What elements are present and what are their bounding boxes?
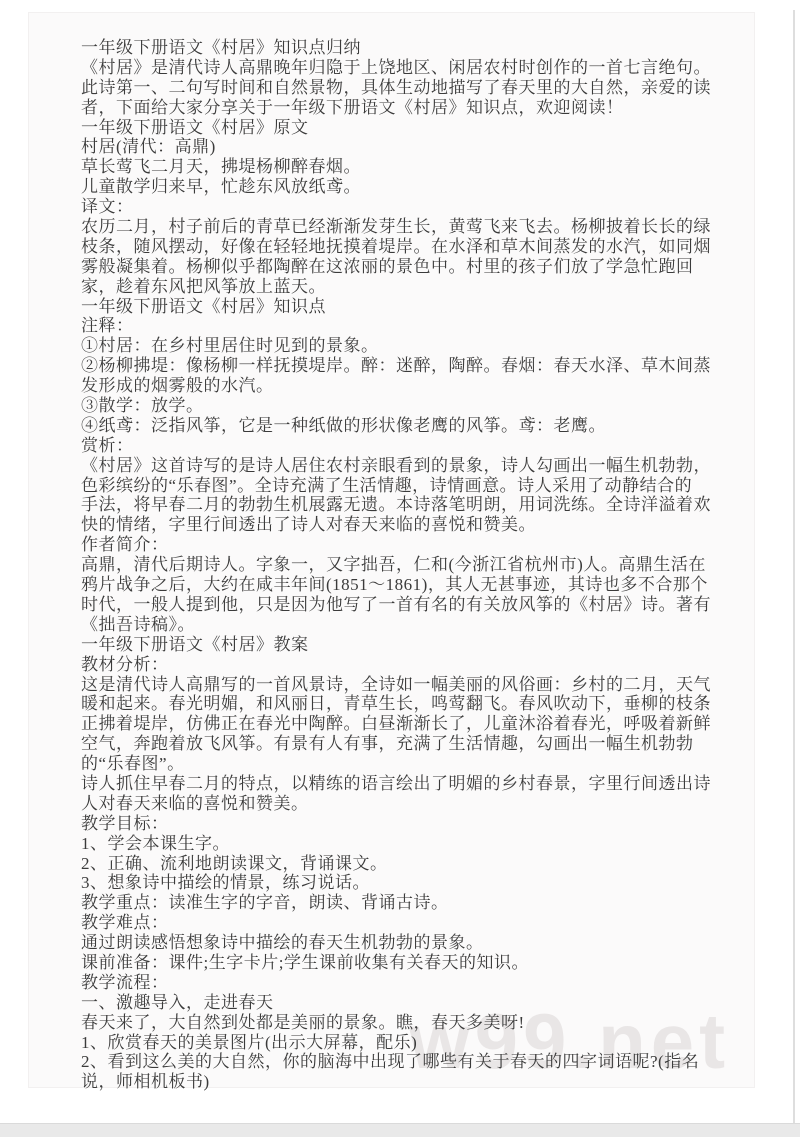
text-line: 村居(清代：高鼎)	[81, 137, 721, 157]
text-line: 这是清代诗人高鼎写的一首风景诗，全诗如一幅美丽的风俗画：乡村的二月，天气	[81, 675, 721, 695]
text-line: 1、欣赏春天的美景图片(出示大屏幕，配乐)	[81, 1033, 721, 1053]
text-line: 发形成的烟雾般的水汽。	[81, 376, 721, 396]
text-line: 人对春天来临的喜悦和赞美。	[81, 794, 721, 814]
page-viewport: w99.net 一年级下册语文《村居》知识点归纳《村居》是清代诗人高鼎晚年归隐于…	[0, 0, 800, 1137]
text-line: 1、学会本课生字。	[81, 834, 721, 854]
text-line: 译文：	[81, 197, 721, 217]
text-line: ③散学：放学。	[81, 396, 721, 416]
document-lines: 一年级下册语文《村居》知识点归纳《村居》是清代诗人高鼎晚年归隐于上饶地区、闲居农…	[81, 38, 721, 1092]
text-line: ①村居：在乡村里居住时见到的景象。	[81, 336, 721, 356]
text-line: 雾般凝集着。杨柳似乎都陶醉在这浓丽的景色中。村里的孩子们放了学急忙跑回	[81, 257, 721, 277]
document-panel: w99.net 一年级下册语文《村居》知识点归纳《村居》是清代诗人高鼎晚年归隐于…	[28, 12, 755, 1088]
text-line: 一、激趣导入，走进春天	[81, 993, 721, 1013]
text-line: 诗人抓住早春二月的特点，以精练的语言绘出了明媚的乡村春景，字里行间透出诗	[81, 774, 721, 794]
text-line: 的“乐春图”。	[81, 754, 721, 774]
text-line: 一年级下册语文《村居》知识点归纳	[81, 38, 721, 58]
text-line: 春天来了，大自然到处都是美丽的景象。瞧，春天多美呀!	[81, 1013, 721, 1033]
page-right-border	[793, 10, 795, 1123]
text-line: 教材分析：	[81, 655, 721, 675]
text-line: 家，趁着东风把风筝放上蓝天。	[81, 277, 721, 297]
text-line: ②杨柳拂堤：像杨柳一样抚摸堤岸。醉：迷醉，陶醉。春烟：春天水泽、草木间蒸	[81, 356, 721, 376]
text-line: 教学难点：	[81, 913, 721, 933]
text-line: 一年级下册语文《村居》教案	[81, 635, 721, 655]
text-line: 说，师相机板书)	[81, 1072, 721, 1092]
text-line: 教学重点：读准生字的字音，朗读、背诵古诗。	[81, 893, 721, 913]
text-line: 此诗第一、二句写时间和自然景物，具体生动地描写了春天里的大自然，亲爱的读	[81, 78, 721, 98]
text-line: 枝条，随风摆动，好像在轻轻地抚摸着堤岸。在水泽和草木间蒸发的水汽，如同烟	[81, 237, 721, 257]
text-line: 教学流程：	[81, 973, 721, 993]
text-line: 色彩缤纷的“乐春图”。全诗充满了生活情趣，诗情画意。诗人采用了动静结合的	[81, 476, 721, 496]
text-line: 2、看到这么美的大自然，你的脑海中出现了哪些有关于春天的四字词语呢?(指名	[81, 1052, 721, 1072]
text-line: 《村居》是清代诗人高鼎晚年归隐于上饶地区、闲居农村时创作的一首七言绝句。	[81, 58, 721, 78]
text-line: 手法，将早春二月的勃勃生机展露无遗。本诗落笔明朗，用词洗练。全诗洋溢着欢	[81, 495, 721, 515]
text-line: 高鼎，清代后期诗人。字象一，又字拙吾，仁和(今浙江省杭州市)人。高鼎生活在	[81, 555, 721, 575]
text-line: 赏析：	[81, 436, 721, 456]
text-line: 时代，一般人提到他，只是因为他写了一首有名的有关放风筝的《村居》诗。著有	[81, 595, 721, 615]
text-line: 一年级下册语文《村居》原文	[81, 118, 721, 138]
text-line: 农历二月，村子前后的青草已经渐渐发芽生长，黄莺飞来飞去。杨柳披着长长的绿	[81, 217, 721, 237]
text-line: 作者简介：	[81, 535, 721, 555]
page-footer-strip	[0, 1123, 800, 1137]
text-line: 鸦片战争之后，大约在咸丰年间(1851～1861)，其人无甚事迹，其诗也多不合那…	[81, 575, 721, 595]
text-line: 2、正确、流利地朗读课文，背诵课文。	[81, 854, 721, 874]
text-line: 教学目标：	[81, 814, 721, 834]
text-line: 空气，奔跑着放飞风筝。有景有人有事，充满了生活情趣，勾画出一幅生机勃勃	[81, 734, 721, 754]
text-line: 快的情绪，字里行间透出了诗人对春天来临的喜悦和赞美。	[81, 515, 721, 535]
text-line: 草长莺飞二月天，拂堤杨柳醉春烟。	[81, 157, 721, 177]
text-line: 3、想象诗中描绘的情景，练习说话。	[81, 873, 721, 893]
text-line: 暖和起来。春光明媚，和风丽日，青草生长，鸣莺翻飞。春风吹动下，垂柳的枝条	[81, 694, 721, 714]
text-line: 课前准备：课件;生字卡片;学生课前收集有关春天的知识。	[81, 953, 721, 973]
text-line: 通过朗读感悟想象诗中描绘的春天生机勃勃的景象。	[81, 933, 721, 953]
text-line: 《拙吾诗稿》。	[81, 615, 721, 635]
text-line: 者，下面给大家分享关于一年级下册语文《村居》知识点，欢迎阅读！	[81, 98, 721, 118]
text-line: 正拂着堤岸，仿佛正在春光中陶醉。白昼渐渐长了，儿童沐浴着春光，呼吸着新鲜	[81, 714, 721, 734]
text-line: 儿童散学归来早，忙趁东风放纸鸢。	[81, 177, 721, 197]
text-line: 注释：	[81, 316, 721, 336]
text-line: 一年级下册语文《村居》知识点	[81, 297, 721, 317]
text-line: 《村居》这首诗写的是诗人居住农村亲眼看到的景象，诗人勾画出一幅生机勃勃，	[81, 456, 721, 476]
text-line: ④纸鸢：泛指风筝，它是一种纸做的形状像老鹰的风筝。鸢：老鹰。	[81, 416, 721, 436]
